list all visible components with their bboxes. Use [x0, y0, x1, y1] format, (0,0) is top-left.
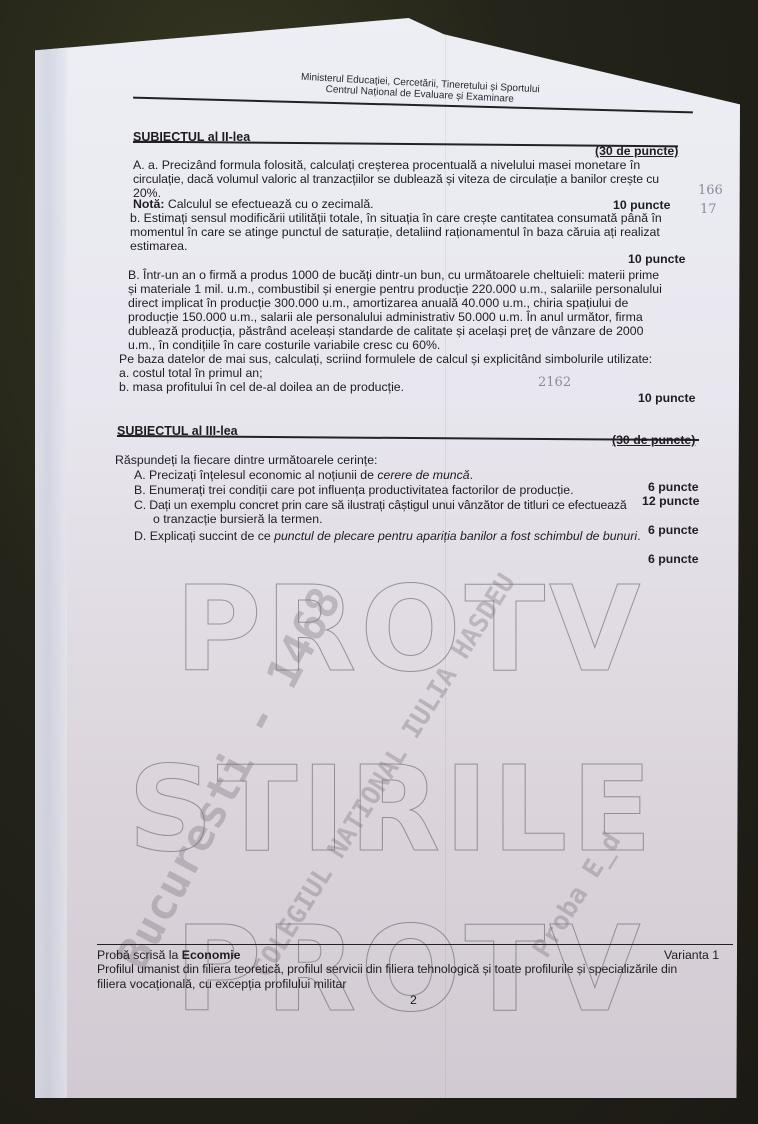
subject2-B-task: Pe baza datelor de mai sus, calculați, s… — [119, 352, 652, 366]
subject3-item-B-points: 12 puncte — [642, 494, 699, 508]
subject2-b-line2: momentul în care se atinge punctul de sa… — [130, 225, 660, 239]
handwritten-margin-bottom: 17 — [700, 202, 717, 217]
item-D-text: D. Explicați succint de ce — [134, 529, 274, 543]
footer-variant: Varianta 1 — [664, 948, 719, 962]
footer-profile-line2: filiera vocațională, cu excepția profilu… — [97, 977, 346, 991]
subject2-B-line6: u.m., în condițiile în care costurile va… — [128, 338, 440, 352]
subject2-b-line3: estimarea. — [130, 239, 187, 253]
page-number: 2 — [410, 993, 417, 1007]
subject2-B-line2: și materiale 1 mil. u.m., combustibil și… — [128, 282, 662, 296]
subject3-item-A-points: 6 puncte — [648, 480, 699, 494]
subject3-points: (30 de puncte) — [612, 433, 695, 447]
footer-exam-prefix: Probă scrisă la — [97, 948, 182, 962]
subject2-B-b: b. masa profitului în cel de-al doilea a… — [119, 380, 404, 394]
subject2-b-line1: b. Estimați sensul modificării utilități… — [130, 211, 662, 225]
item-D-suffix: . — [637, 529, 640, 543]
subject3-intro: Răspundeți la fiecare dintre următoarele… — [115, 453, 377, 467]
subject3-item-C: C. Dați un exemplu concret prin care să … — [134, 498, 627, 512]
footer-exam-subject: Economie — [182, 948, 241, 962]
footer-exam: Probă scrisă la Economie — [97, 948, 241, 962]
subject3-item-C-cont: o tranzacție bursieră la termen. — [153, 512, 323, 526]
subject2-b-points: 10 puncte — [628, 252, 685, 266]
subject2-B-line5: dublează producția, păstrând aceleași st… — [128, 324, 643, 338]
item-A-suffix: . — [470, 468, 473, 482]
subject2-note: Notă: Calculul se efectuează cu o zecima… — [133, 197, 374, 211]
handwritten-margin-top: 166 — [698, 183, 723, 198]
subject3-item-C-points: 6 puncte — [648, 523, 699, 537]
item-D-italic: punctul de plecare pentru apariția banil… — [274, 529, 637, 543]
subject2-points: (30 de puncte) — [595, 144, 678, 158]
subject2-B-points: 10 puncte — [638, 391, 695, 405]
subject2-B-a: a. costul total în primul an; — [119, 366, 263, 380]
subject2-B-line3: direct implicat în producție 300.000 u.m… — [128, 296, 628, 310]
subject3-item-B: B. Enumerați trei condiții care pot infl… — [134, 483, 574, 497]
subject2-a-line1: A. a. Precizând formula folosită, calcul… — [133, 158, 640, 172]
subject3-item-D-points: 6 puncte — [648, 552, 699, 566]
subject3-item-A: A. Precizați înțelesul economic al noțiu… — [134, 468, 473, 482]
handwritten-note: 2162 — [538, 375, 571, 390]
note-text: Calculul se efectuează cu o zecimală. — [164, 197, 373, 211]
subject3-item-D: D. Explicați succint de ce punctul de pl… — [134, 529, 641, 543]
subject2-a-line2: circulație, dacă volumul valoric al tran… — [133, 172, 659, 186]
footer-rule — [97, 944, 733, 945]
subject2-B-line1: B. Într-un an o firmă a produs 1000 de b… — [128, 268, 659, 282]
item-A-text: A. Precizați înțelesul economic al noțiu… — [134, 468, 377, 482]
subject2-B-line4: producție 150.000 u.m., salarii ale pers… — [128, 310, 643, 324]
watermark-protv-1: PROTV — [175, 560, 644, 698]
footer-profile-line1: Profilul umanist din filiera teoretică, … — [97, 962, 677, 976]
note-label: Notă: — [133, 197, 164, 211]
item-A-italic: cerere de muncă — [377, 468, 469, 482]
subject2-a-points: 10 puncte — [613, 198, 670, 212]
